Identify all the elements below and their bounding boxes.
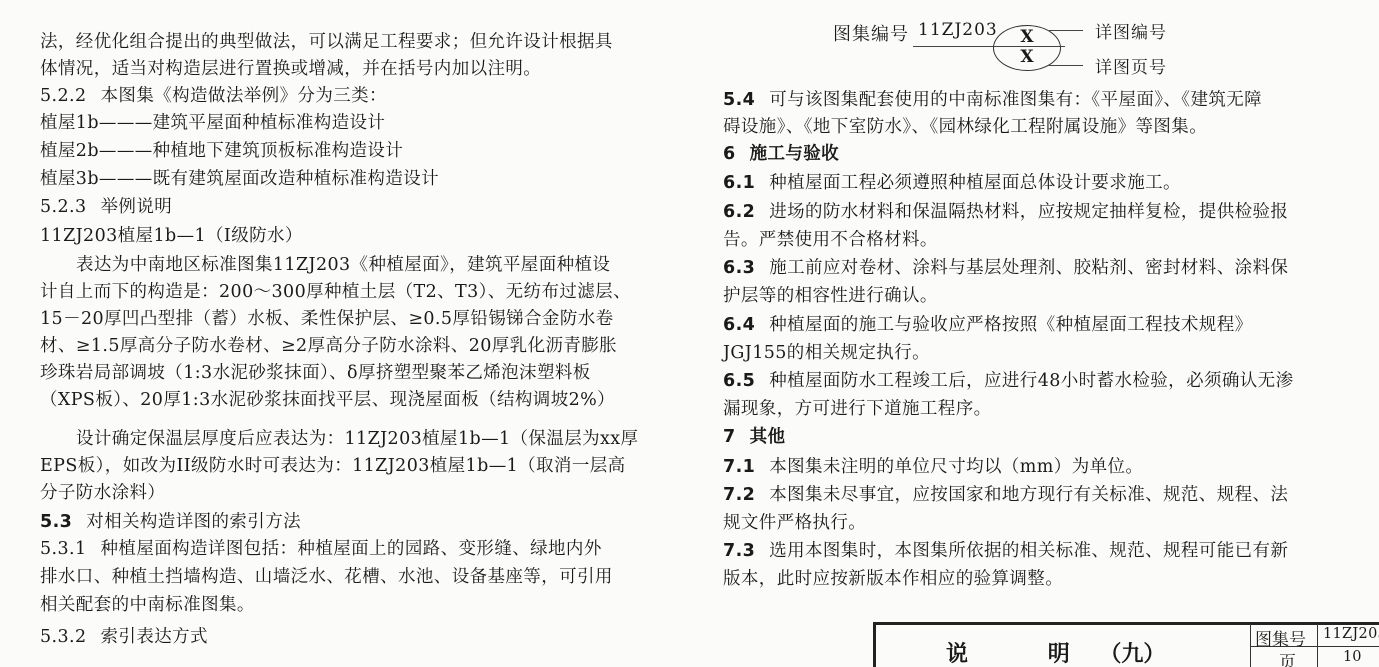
detail-page-label: 详图页号	[1095, 53, 1167, 78]
clause-number: 5.4	[723, 89, 755, 111]
line-text: 15－20厚凹凸型排（蓄）水板、柔性保护层、≥0.5厚铅锡锑合金防水卷	[40, 309, 614, 329]
text-line: 规文件严格执行。	[723, 512, 866, 534]
title-block-grid: 图集号 11ZJ203 页 10	[1250, 624, 1379, 667]
line-text: 排水口、种植土挡墙构造、山墙泛水、花槽、水池、设备基座等，可引用	[40, 567, 613, 587]
section-heading: 6施工与验收	[723, 143, 839, 165]
line-text: 施工前应对卷材、涂料与基层处理剂、胶粘剂、密封材料、涂料保	[769, 258, 1288, 278]
line-text: 进场的防水材料和保温隔热材料，应按规定抽样复检，提供检验报	[769, 202, 1288, 222]
clause-number: 6.1	[723, 172, 755, 194]
text-line: 植屋2b———种植地下建筑顶板标准构造设计	[40, 140, 403, 162]
leader-line-top	[1049, 30, 1083, 31]
line-text: 告。严禁使用不合格材料。	[723, 230, 938, 250]
line-text: 分子防水涂料）	[40, 483, 165, 503]
set-no-value: 11ZJ203	[1323, 626, 1379, 642]
line-text: 法，经优化组合提出的典型做法，可以满足工程要求；但允许设计根据具	[40, 32, 613, 52]
line-text: 11ZJ203植屋1b—1（I级防水）	[40, 226, 303, 246]
title-block: 说 明 （九） 图集号 11ZJ203 页 10	[873, 622, 1379, 667]
text-line: 表达为中南地区标准图集11ZJ203《种植屋面》，建筑平屋面种植设	[40, 254, 610, 276]
text-line: EPS板），如改为II级防水时可表达为：11ZJ203植屋1b—1（取消一层高	[40, 455, 626, 477]
line-text: EPS板），如改为II级防水时可表达为：11ZJ203植屋1b—1（取消一层高	[40, 456, 626, 476]
line-text: 索引表达方式	[101, 627, 208, 647]
clause-number: 6.5	[723, 370, 755, 392]
text-line: 5.4可与该图集配套使用的中南标准图集有：《平屋面》、《建筑无障	[723, 89, 1262, 111]
text-line: 相关配套的中南标准图集。	[40, 594, 255, 616]
clause-number: 7	[723, 426, 736, 448]
text-line: 排水口、种植土挡墙构造、山墙泛水、花槽、水池、设备基座等，可引用	[40, 566, 613, 588]
text-line: 碍设施》、《地下室防水》、《园林绿化工程附属设施》等图集。	[723, 116, 1207, 138]
text-line: 7.3选用本图集时，本图集所依据的相关标准、规范、规程可能已有新	[723, 540, 1288, 562]
text-line: 5.3.1种植屋面构造详图包括：种植屋面上的园路、变形缝、绿地内外	[40, 538, 602, 560]
line-text: 本图集未注明的单位尺寸均以（mm）为单位。	[769, 457, 1143, 477]
sheet-title-part: 说	[946, 637, 968, 667]
text-line: 护层等的相容性进行确认。	[723, 285, 938, 307]
page-value: 10	[1343, 649, 1361, 665]
line-text: 计自上而下的构造是：200～300厚种植土层（T2、T3）、无纺布过滤层、	[40, 282, 631, 302]
line-text: 种植屋面构造详图包括：种植屋面上的园路、变形缝、绿地内外	[101, 539, 602, 559]
line-text: 举例说明	[101, 197, 173, 217]
clause-number: 6.4	[723, 314, 755, 336]
line-text: （XPS板）、20厚1:3水泥砂浆抹面找平层、现浇屋面板（结构调坡2%）	[40, 390, 615, 410]
clause-number: 6	[723, 143, 736, 165]
set-number-value: 11ZJ203	[918, 20, 998, 40]
text-line: 5.2.3举例说明	[40, 196, 172, 218]
line-text: 版本，此时应按新版本作相应的验算调整。	[723, 569, 1063, 589]
text-line: 6.4种植屋面的施工与验收应严格按照《种植屋面工程技术规程》	[723, 314, 1253, 336]
line-text: 碍设施》、《地下室防水》、《园林绿化工程附属设施》等图集。	[723, 117, 1207, 137]
clause-number: 7.1	[723, 456, 755, 478]
sheet-title-part: （九）	[1099, 637, 1165, 667]
grid-divider	[1317, 624, 1318, 667]
text-line: 15－20厚凹凸型排（蓄）水板、柔性保护层、≥0.5厚铅锡锑合金防水卷	[40, 308, 614, 330]
clause-number: 7.2	[723, 484, 755, 506]
line-text: 植屋2b———种植地下建筑顶板标准构造设计	[40, 141, 403, 161]
text-line: 植屋1b———建筑平屋面种植标准构造设计	[40, 112, 385, 134]
line-text: 材、≥1.5厚高分子防水卷材、≥2厚高分子防水涂料、20厚乳化沥青膨胀	[40, 336, 617, 356]
text-line: 告。严禁使用不合格材料。	[723, 229, 938, 251]
clause-number: 5.3.2	[40, 626, 87, 648]
line-text: 其他	[750, 427, 786, 447]
text-line: 计自上而下的构造是：200～300厚种植土层（T2、T3）、无纺布过滤层、	[40, 281, 631, 303]
detail-number-label: 详图编号	[1095, 18, 1167, 43]
text-line: 6.2进场的防水材料和保温隔热材料，应按规定抽样复检，提供检验报	[723, 201, 1288, 223]
clause-number: 6.3	[723, 257, 755, 279]
document-page: 法，经优化组合提出的典型做法，可以满足工程要求；但允许设计根据具体情况，适当对构…	[0, 0, 1379, 667]
sheet-title: 说 明 （九）	[946, 637, 1165, 667]
text-line: 设计确定保温层厚度后应表达为：11ZJ203植屋1b—1（保温层为xx厚	[40, 428, 638, 450]
line-text: 本图集《构造做法举例》分为三类：	[101, 86, 387, 106]
text-line: 5.3对相关构造详图的索引方法	[40, 511, 301, 533]
clause-number: 5.2.2	[40, 85, 87, 107]
line-text: 规文件严格执行。	[723, 513, 866, 533]
text-line: （XPS板）、20厚1:3水泥砂浆抹面找平层、现浇屋面板（结构调坡2%）	[40, 389, 615, 411]
line-text: 本图集未尽事宜，应按国家和地方现行有关标准、规范、规程、法	[769, 485, 1288, 505]
clause-number: 7.3	[723, 540, 755, 562]
text-line: 6.5种植屋面防水工程竣工后，应进行48小时蓄水检验，必须确认无渗	[723, 370, 1293, 392]
text-line: 6.1种植屋面工程必须遵照种植屋面总体设计要求施工。	[723, 172, 1181, 194]
set-number-label: 图集编号	[833, 20, 909, 46]
line-text: 可与该图集配套使用的中南标准图集有：《平屋面》、《建筑无障	[769, 90, 1262, 110]
text-line: 分子防水涂料）	[40, 482, 165, 504]
clause-number: 6.2	[723, 201, 755, 223]
line-text: 体情况，适当对构造层进行置换或增减，并在括号内加以注明。	[40, 59, 541, 79]
sheet-title-part: 明	[1048, 637, 1070, 667]
line-text: 漏现象，方可进行下道施工程序。	[723, 399, 992, 419]
text-line: 7.2本图集未尽事宜，应按国家和地方现行有关标准、规范、规程、法	[723, 484, 1288, 506]
line-text: 施工与验收	[750, 144, 840, 164]
line-text: 表达为中南地区标准图集11ZJ203《种植屋面》，建筑平屋面种植设	[76, 255, 610, 275]
text-line: 5.3.2索引表达方式	[40, 626, 208, 648]
line-text: 种植屋面防水工程竣工后，应进行48小时蓄水检验，必须确认无渗	[769, 371, 1293, 391]
line-text: 护层等的相容性进行确认。	[723, 286, 938, 306]
line-text: 设计确定保温层厚度后应表达为：11ZJ203植屋1b—1（保温层为xx厚	[76, 429, 638, 449]
index-notation-diagram: 图集编号 11ZJ203 X X 详图编号 详图页号	[833, 12, 1193, 80]
text-line: 7.1本图集未注明的单位尺寸均以（mm）为单位。	[723, 456, 1143, 478]
text-line: 漏现象，方可进行下道施工程序。	[723, 398, 992, 420]
line-text: 植屋3b———既有建筑屋面改造种植标准构造设计	[40, 169, 439, 189]
text-line: 5.2.2本图集《构造做法举例》分为三类：	[40, 85, 387, 107]
detail-page-symbol: X	[994, 47, 1060, 67]
text-line: 体情况，适当对构造层进行置换或增减，并在括号内加以注明。	[40, 58, 541, 80]
line-text: JGJ155的相关规定执行。	[723, 343, 930, 363]
clause-number: 5.2.3	[40, 196, 87, 218]
text-line: 植屋3b———既有建筑屋面改造种植标准构造设计	[40, 168, 439, 190]
text-line: 珍珠岩局部调坡（1:3水泥砂浆抹面）、δ厚挤塑型聚苯乙烯泡沫塑料板	[40, 362, 591, 384]
section-heading: 7其他	[723, 426, 785, 448]
line-text: 珍珠岩局部调坡（1:3水泥砂浆抹面）、δ厚挤塑型聚苯乙烯泡沫塑料板	[40, 363, 591, 383]
set-no-label: 图集号	[1255, 625, 1306, 650]
text-line: 6.3施工前应对卷材、涂料与基层处理剂、胶粘剂、密封材料、涂料保	[723, 257, 1288, 279]
clause-number: 5.3	[40, 511, 72, 533]
text-line: 11ZJ203植屋1b—1（I级防水）	[40, 225, 303, 247]
leader-line-bottom	[1049, 65, 1083, 66]
line-text: 相关配套的中南标准图集。	[40, 595, 255, 615]
line-text: 植屋1b———建筑平屋面种植标准构造设计	[40, 113, 385, 133]
page-label: 页	[1279, 648, 1296, 667]
line-text: 选用本图集时，本图集所依据的相关标准、规范、规程可能已有新	[769, 541, 1288, 561]
line-text: 种植屋面工程必须遵照种植屋面总体设计要求施工。	[769, 173, 1181, 193]
text-line: 版本，此时应按新版本作相应的验算调整。	[723, 568, 1063, 590]
text-line: 材、≥1.5厚高分子防水卷材、≥2厚高分子防水涂料、20厚乳化沥青膨胀	[40, 335, 617, 357]
line-text: 种植屋面的施工与验收应严格按照《种植屋面工程技术规程》	[769, 315, 1252, 335]
text-line: JGJ155的相关规定执行。	[723, 342, 930, 364]
line-text: 对相关构造详图的索引方法	[86, 512, 301, 532]
clause-number: 5.3.1	[40, 538, 87, 560]
text-line: 法，经优化组合提出的典型做法，可以满足工程要求；但允许设计根据具	[40, 31, 613, 53]
